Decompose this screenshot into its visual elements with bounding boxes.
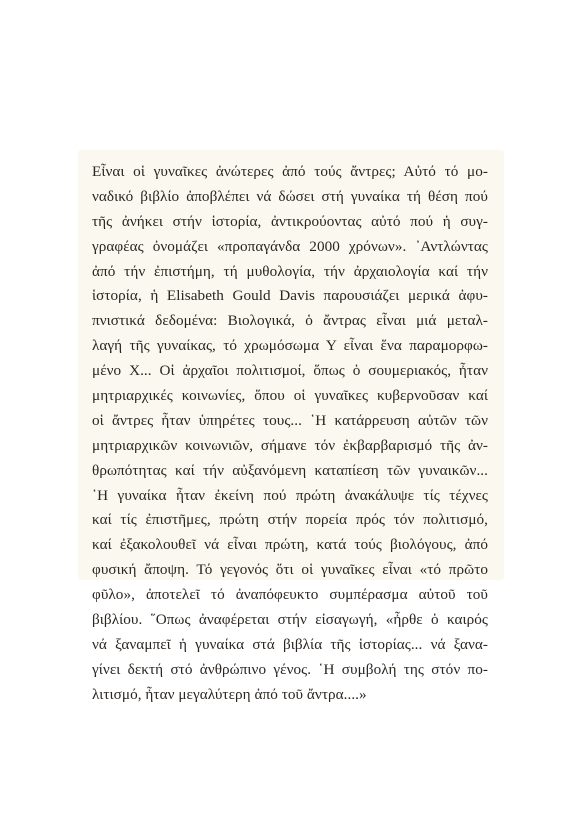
text-line: καί τίς ἐπιστῆμες, πρώτη στήν πορεία πρό… <box>92 508 488 533</box>
text-line: μένο Χ... Οἱ ἀρχαῖοι πολιτισμοί, ὅπως ὁ … <box>92 359 488 384</box>
text-line: οἱ ἄντρες ἦταν ὑπηρέτες τους... ῾Η κατάρ… <box>92 409 488 434</box>
book-blurb-paragraph: Εἶναι οἱ γυναῖκες ἀνώτερες ἀπό τούς ἄντρ… <box>92 160 488 708</box>
text-line: φῦλο», ἀποτελεῖ τό ἀναπόφευκτο συμπέρασμ… <box>92 583 488 608</box>
text-line-last: λιτισμό, ἦταν μεγαλύτερη ἀπό τοῦ ἄντρα..… <box>92 683 488 708</box>
text-line: μητριαρχικῶν κοινωνιῶν, σήμανε τόν ἐκβαρ… <box>92 434 488 459</box>
text-line: λαγή τῆς γυναίκας, τό χρωμόσωμα Υ εἶναι … <box>92 334 488 359</box>
text-line: ναδικό βιβλίο ἀποβλέπει νά δώσει στή γυν… <box>92 185 488 210</box>
text-line: φυσική ἄποψη. Τό γεγονός ὅτι οἱ γυναῖκες… <box>92 558 488 583</box>
text-line: καί ἐξακολουθεῖ νά εἶναι πρώτη, κατά τού… <box>92 533 488 558</box>
text-line: ῾Η γυναίκα ἦταν ἐκείνη πού πρώτη ἀνακάλυ… <box>92 484 488 509</box>
text-line: μητριαρχικές κοινωνίες, ὅπου οἱ γυναῖκες… <box>92 384 488 409</box>
text-line: Εἶναι οἱ γυναῖκες ἀνώτερες ἀπό τούς ἄντρ… <box>92 160 488 185</box>
text-line: γίνει δεκτή στό ἀνθρώπινο γένος. ῾Η συμβ… <box>92 658 488 683</box>
text-line: ἀπό τήν ἐπιστήμη, τή μυθολογία, τήν ἀρχα… <box>92 260 488 285</box>
text-line: νά ξαναμπεῖ ἡ γυναίκα στά βιβλία τῆς ἱστ… <box>92 633 488 658</box>
text-line: θρωπότητας καί τήν αὐξανόμενη καταπίεση … <box>92 459 488 484</box>
text-line: γραφέας ὀνομάζει «προπαγάνδα 2000 χρόνων… <box>92 235 488 260</box>
text-line: πνιστικά δεδομένα: Βιολογικά, ὁ ἄντρας ε… <box>92 309 488 334</box>
text-line: βιβλίου. ῞Οπως ἀναφέρεται στήν εἰσαγωγή,… <box>92 608 488 633</box>
text-line: τῆς ἀνήκει στήν ἱστορία, ἀντικρούοντας α… <box>92 210 488 235</box>
text-line: ἱστορία, ἡ Elisabeth Gould Davis παρουσι… <box>92 284 488 309</box>
